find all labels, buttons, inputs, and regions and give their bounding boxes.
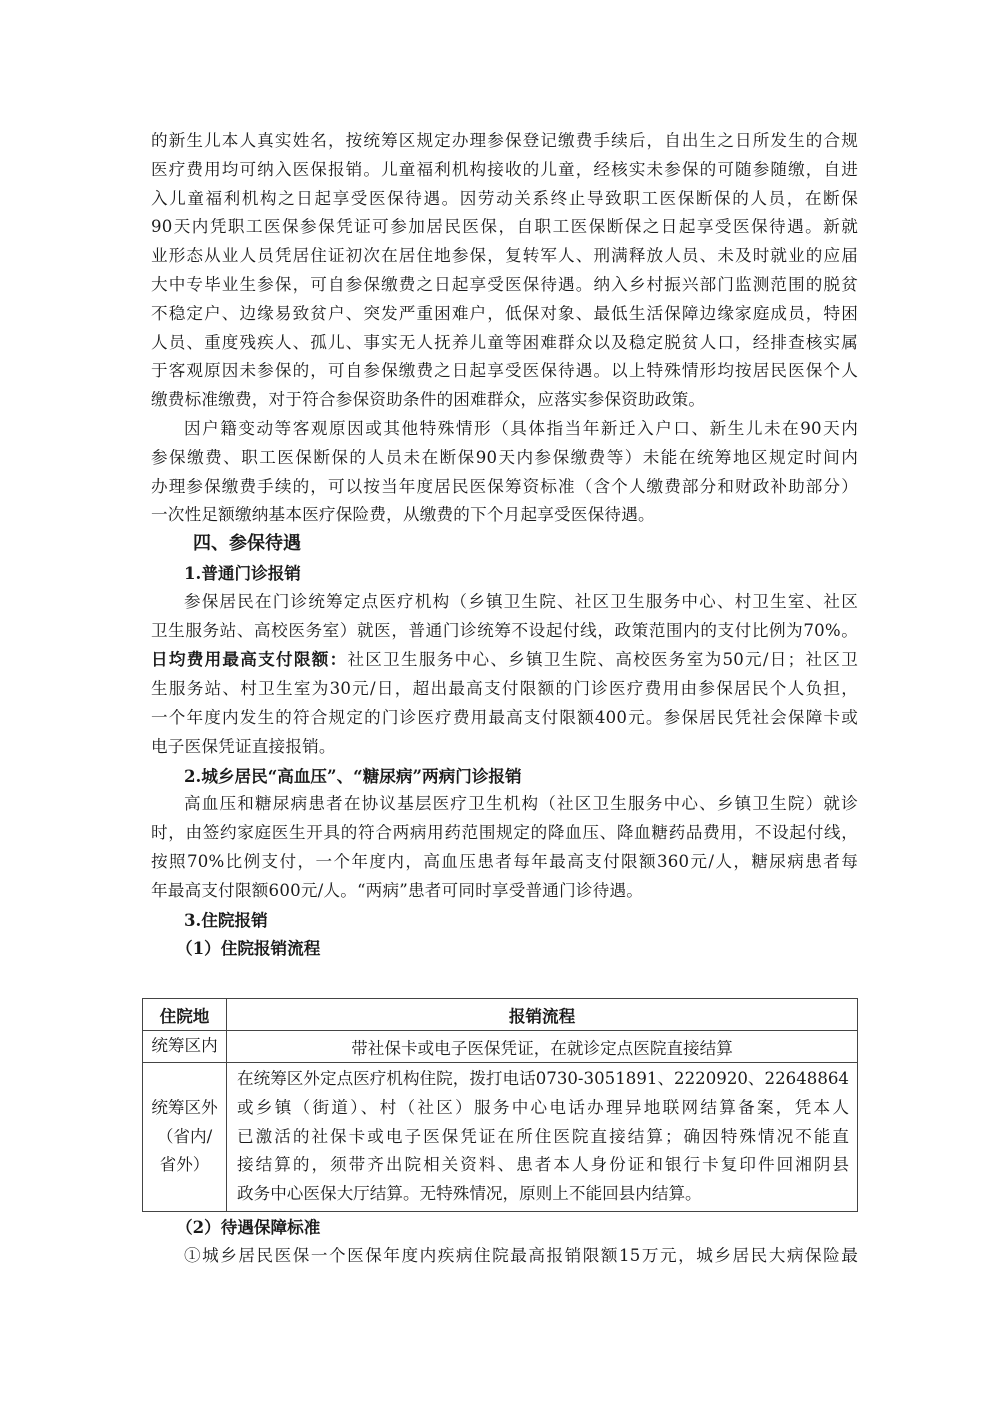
text-line: 在统筹区外定点医疗机构住院，拨打电话0730-3051891、2220920、2… [237, 1065, 849, 1094]
cell-place: 统筹区外（省内/省外） [143, 1063, 227, 1212]
subheading-inpatient-process: （1）住院报销流程 [151, 934, 858, 963]
text-line: 时，由签约家庭医生开具的符合两病用药范围规定的降血压、降血糖药品费用，不设起付线… [151, 819, 858, 848]
text-line: 或乡镇（街道）、村（社区）服务中心电话办理异地联网结算备案，凭本人 [237, 1094, 849, 1123]
text-line: 入儿童福利机构之日起享受医保待遇。因劳动关系终止导致职工医保断保的人员，在断保 [151, 185, 858, 214]
paragraph-two-diseases: 高血压和糖尿病患者在协议基层医疗卫生机构（社区卫生服务中心、乡镇卫生院）就诊 时… [151, 790, 858, 905]
text-line: 一次性足额缴纳基本医疗保险费，从缴费的下个月起享受医保待遇。 [151, 501, 858, 530]
text-line: 不稳定户、边缘易致贫户、突发严重困难户，低保对象、最低生活保障边缘家庭成员，特困 [151, 300, 858, 329]
paragraph-benefit-item-1: ①城乡居民医保一个医保年度内疾病住院最高报销限额15万元，城乡居民大病保险最 [151, 1242, 858, 1271]
text-line: ①城乡居民医保一个医保年度内疾病住院最高报销限额15万元，城乡居民大病保险最 [151, 1242, 858, 1271]
document-body: 的新生儿本人真实姓名，按统筹区规定办理参保登记缴费手续后，自出生之日所发生的合规… [151, 127, 858, 963]
column-header-process: 报销流程 [227, 999, 858, 1031]
daily-limit-label: 日均费用最高支付限额： [151, 649, 347, 669]
cell-process: 在统筹区外定点医疗机构住院，拨打电话0730-3051891、2220920、2… [227, 1063, 858, 1212]
text-line: 大中专毕业生参保，可自参保缴费之日起享受医保待遇。纳入乡村振兴部门监测范围的脱贫 [151, 271, 858, 300]
daily-limit-text: 社区卫生服务中心、乡镇卫生院、高校医务室为50元/日；社区卫 [347, 650, 858, 669]
text-line: 政务中心医保大厅结算。无特殊情况，原则上不能回县内结算。 [237, 1180, 849, 1209]
section-heading-benefits: 四、参保待遇 [151, 530, 858, 559]
text-line: 的新生儿本人真实姓名，按统筹区规定办理参保登记缴费手续后，自出生之日所发生的合规 [151, 127, 858, 156]
text-line: 业形态从业人员凭居住证初次在居住地参保，复转军人、刑满释放人员、未及时就业的应届 [151, 242, 858, 271]
text-line: 于客观原因未参保的，可自参保缴费之日起享受医保待遇。以上特殊情形均按居民医保个人 [151, 357, 858, 386]
text-line: 按照70%比例支付，一个年度内，高血压患者每年最高支付限额360元/人，糖尿病患… [151, 848, 858, 877]
cell-process: 带社保卡或电子医保凭证，在就诊定点医院直接结算 [227, 1031, 858, 1063]
text-line: 已激活的社保卡或电子医保凭证在所住医院直接结算；确因特殊情况不能直 [237, 1123, 849, 1152]
text-line: 90天内凭职工医保参保凭证可参加居民医保，自职工医保断保之日起享受医保待遇。新就 [151, 213, 858, 242]
paragraph-special-cases: 的新生儿本人真实姓名，按统筹区规定办理参保登记缴费手续后，自出生之日所发生的合规… [151, 127, 858, 415]
text-line: 年最高支付限额600元/人。“两病”患者可同时享受普通门诊待遇。 [151, 877, 858, 906]
column-header-place: 住院地 [143, 999, 227, 1031]
text-line: 缴费标准缴费，对于符合参保资助条件的困难群众，应落实参保资助政策。 [151, 386, 858, 415]
benefit-standards-section: （2）待遇保障标准 ①城乡居民医保一个医保年度内疾病住院最高报销限额15万元，城… [151, 1213, 858, 1271]
table-row: 统筹区内 带社保卡或电子医保凭证，在就诊定点医院直接结算 [143, 1031, 858, 1063]
table-header-row: 住院地 报销流程 [143, 999, 858, 1031]
text-line: 医疗费用均可纳入医保报销。儿童福利机构接收的儿童，经核实未参保的可随参随缴，自进 [151, 156, 858, 185]
text-line: 电子医保凭证直接报销。 [151, 733, 858, 762]
paragraph-outpatient: 参保居民在门诊统筹定点医疗机构（乡镇卫生院、社区卫生服务中心、村卫生室、社区 卫… [151, 588, 858, 762]
text-line: 人员、重度残疾人、孤儿、事实无人抚养儿童等困难群众以及稳定脱贫人口，经排查核实属 [151, 329, 858, 358]
text-line: 参保缴费、职工医保断保的人员未在断保90天内参保缴费等）未能在统筹地区规定时间内 [151, 444, 858, 473]
text-line: 接结算的，须带齐出院相关资料、患者本人身份证和银行卡复印件回湘阴县 [237, 1151, 849, 1180]
paragraph-household-change: 因户籍变动等客观原因或其他特殊情形（具体指当年新迁入户口、新生儿未在90天内 参… [151, 415, 858, 530]
subheading-inpatient: 3.住院报销 [151, 906, 858, 935]
subheading-benefit-standards: （2）待遇保障标准 [151, 1213, 858, 1242]
text-line: 因户籍变动等客观原因或其他特殊情形（具体指当年新迁入户口、新生儿未在90天内 [151, 415, 858, 444]
text-line: 参保居民在门诊统筹定点医疗机构（乡镇卫生院、社区卫生服务中心、村卫生室、社区 [151, 588, 858, 617]
text-line: 生服务站、村卫生室为30元/日，超出最高支付限额的门诊医疗费用由参保居民个人负担… [151, 675, 858, 704]
cell-place: 统筹区内 [143, 1031, 227, 1063]
subheading-two-diseases: 2.城乡居民“高血压”、“糖尿病”两病门诊报销 [151, 762, 858, 791]
text-line: 高血压和糖尿病患者在协议基层医疗卫生机构（社区卫生服务中心、乡镇卫生院）就诊 [151, 790, 858, 819]
text-line: 办理参保缴费手续的，可以按当年度居民医保筹资标准（含个人缴费部分和财政补助部分） [151, 473, 858, 502]
inpatient-process-table: 住院地 报销流程 统筹区内 带社保卡或电子医保凭证，在就诊定点医院直接结算 统筹… [142, 998, 858, 1212]
text-line: 日均费用最高支付限额：社区卫生服务中心、乡镇卫生院、高校医务室为50元/日；社区… [151, 645, 858, 675]
text-line: 卫生服务站、高校医务室）就医，普通门诊统筹不设起付线，政策范围内的支付比例为70… [151, 617, 858, 646]
table-row: 统筹区外（省内/省外） 在统筹区外定点医疗机构住院，拨打电话0730-30518… [143, 1063, 858, 1212]
text-line: 一个年度内发生的符合规定的门诊医疗费用最高支付限额400元。参保居民凭社会保障卡… [151, 704, 858, 733]
subheading-outpatient: 1.普通门诊报销 [151, 559, 858, 588]
